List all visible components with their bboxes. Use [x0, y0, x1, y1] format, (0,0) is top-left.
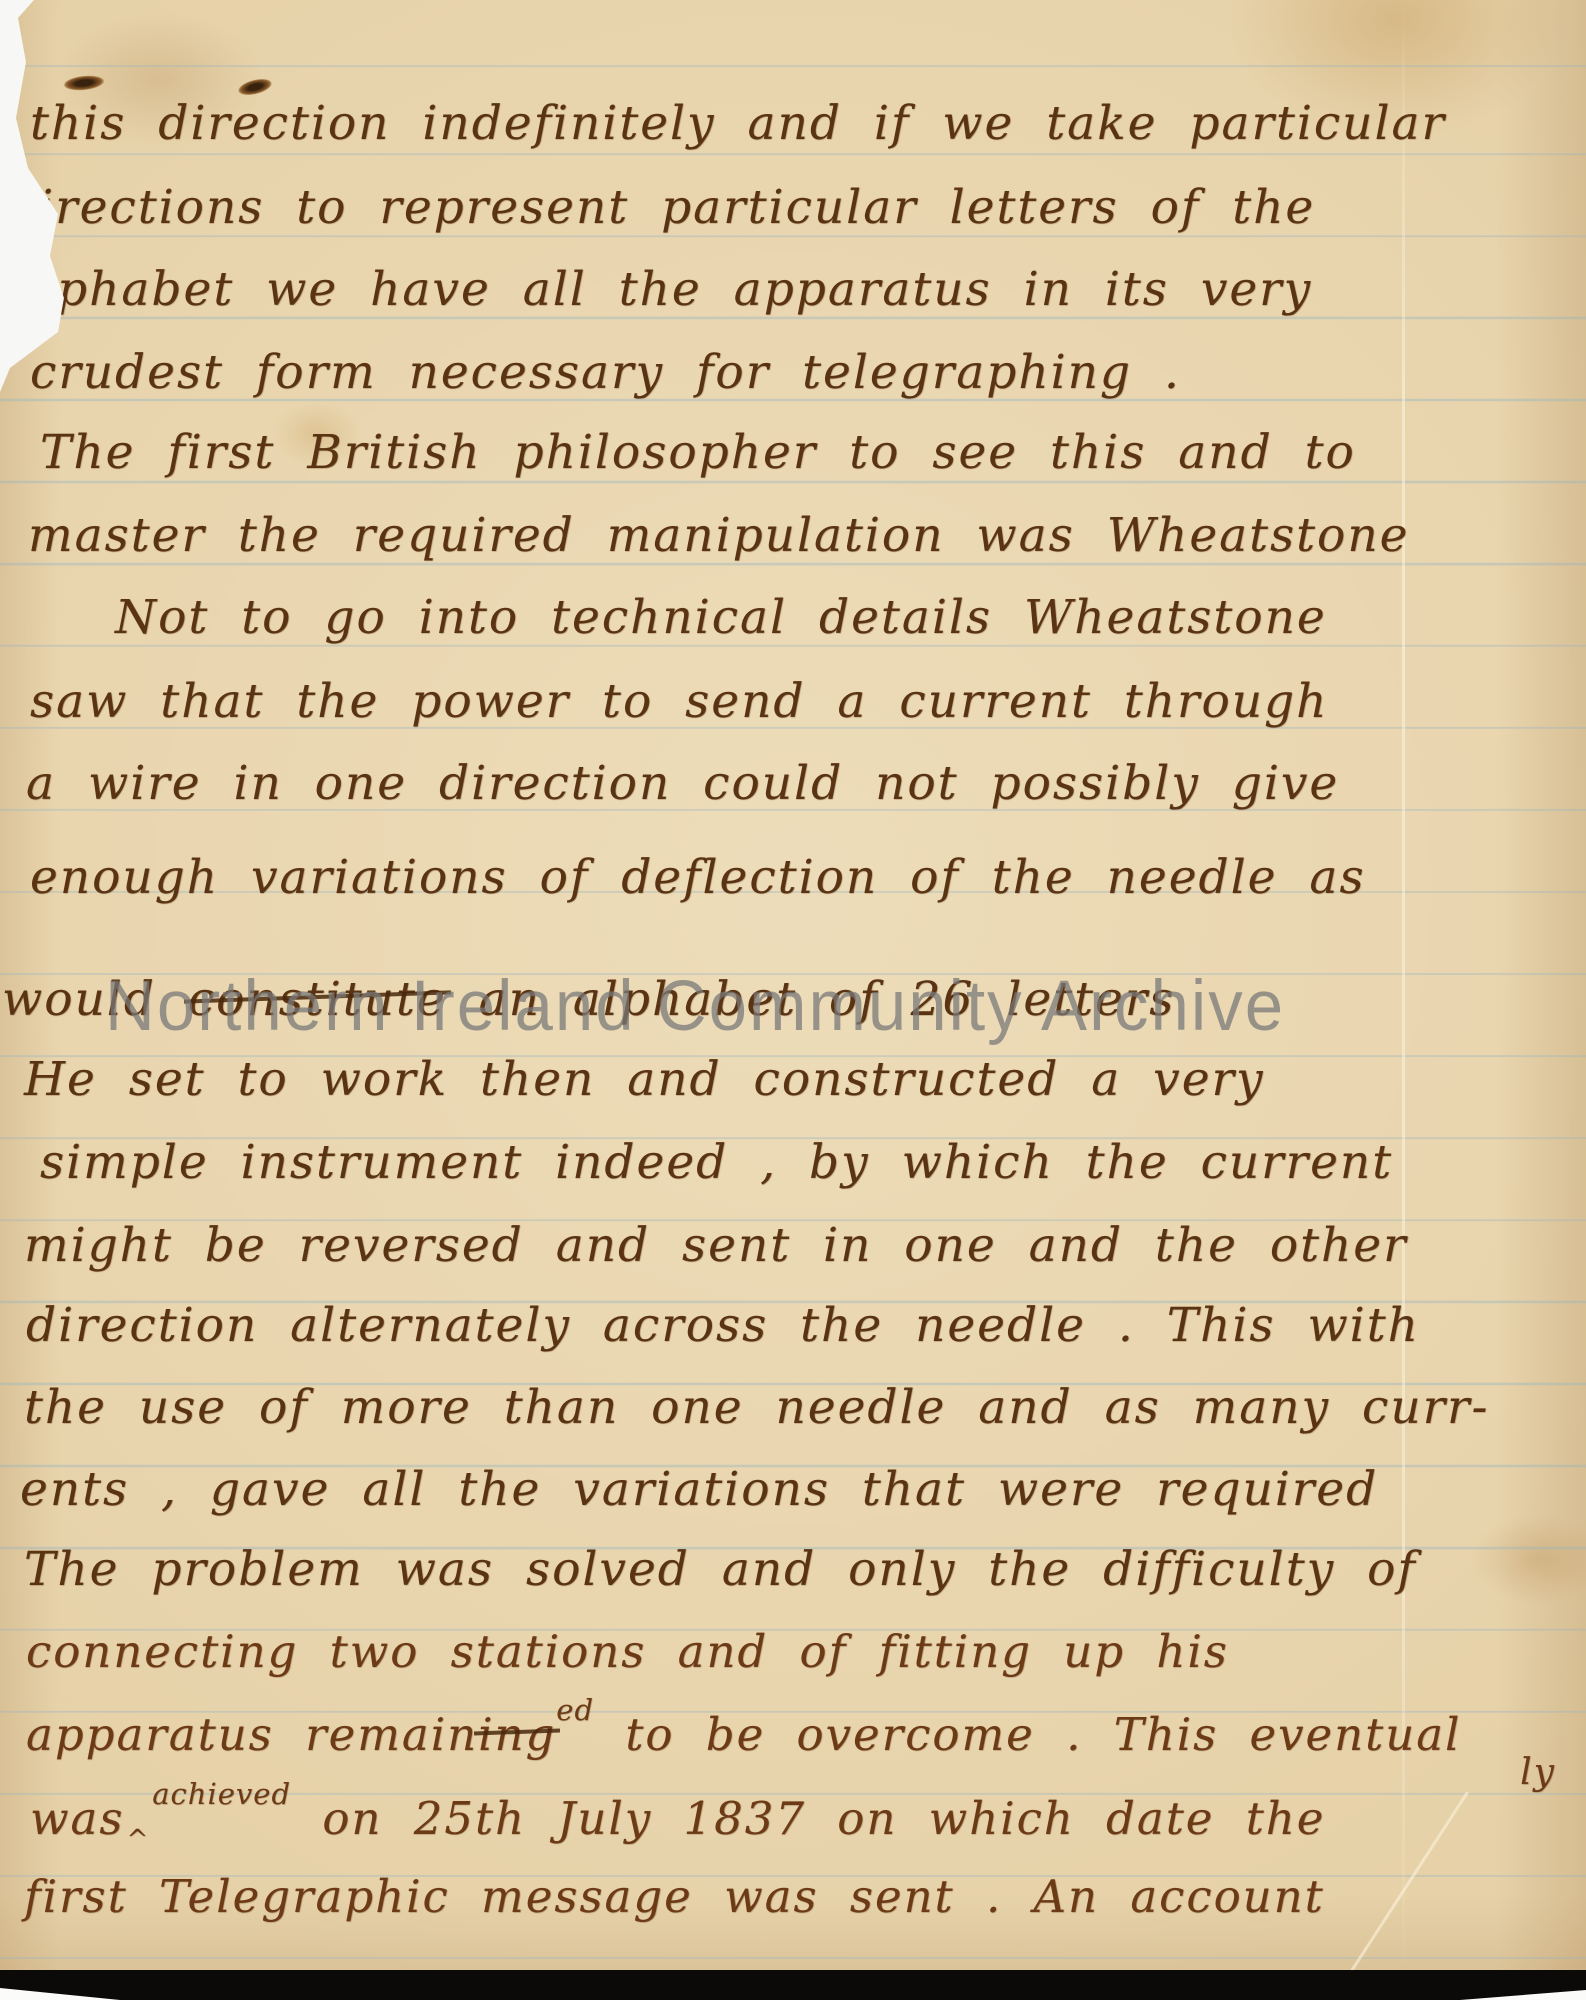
handwritten-line-correction: apparatus remaininged to be overcome . T… [26, 1708, 1461, 1761]
handwritten-line: this direction indefinitely and if we ta… [30, 96, 1446, 151]
inserted-word: achieved [152, 1777, 291, 1811]
line-text: apparatus remain [26, 1708, 478, 1761]
inserted-word: ed [556, 1693, 594, 1727]
line-text: was [30, 1792, 124, 1845]
paper-sheet: this direction indefinitely and if we ta… [0, 0, 1586, 1974]
handwritten-line: simple instrument indeed , by which the … [40, 1135, 1393, 1190]
handwritten-line: might be reversed and sent in one and th… [24, 1218, 1408, 1273]
handwritten-line: He set to work then and constructed a ve… [24, 1052, 1265, 1107]
handwritten-line: direction alternately across the needle … [26, 1298, 1420, 1353]
handwritten-line: The first British philosopher to see thi… [40, 425, 1356, 480]
scanned-letter-page: { "document": { "description": "Handwrit… [0, 0, 1586, 2000]
handwritten-line: ents , gave all the variations that were… [20, 1462, 1378, 1517]
archive-watermark: Northern Ireland Community Archive [105, 964, 1285, 1046]
handwritten-line: saw that the power to send a current thr… [30, 674, 1328, 729]
struck-word: ing [478, 1708, 556, 1761]
handwritten-line: Not to go into technical details Wheatst… [115, 590, 1327, 645]
handwritten-line: a wire in one direction could not possib… [26, 756, 1339, 811]
handwritten-line: crudest form necessary for telegraphing … [30, 345, 1181, 400]
line-text: on 25th July 1837 on which date the [291, 1792, 1325, 1845]
line-text: to be overcome . This eventual [594, 1708, 1461, 1761]
handwritten-line: the use of more than one needle and as m… [24, 1380, 1489, 1435]
handwritten-line-correction: was^achieved on 25th July 1837 on which … [30, 1792, 1556, 1845]
handwritten-line: alphabet we have all the apparatus in it… [10, 262, 1312, 317]
insertion-caret: ^ [126, 1825, 150, 1855]
handwritten-line: directions to represent particular lette… [6, 180, 1315, 235]
handwritten-line: master the required manipulation was Whe… [28, 508, 1409, 563]
superscript-word: ly [1520, 1752, 1556, 1793]
vertical-crease [1402, 0, 1405, 1974]
handwritten-line: connecting two stations and of fitting u… [26, 1625, 1229, 1678]
scan-bottom-edge [0, 1970, 1586, 2000]
handwritten-line: first Telegraphic message was sent . An … [24, 1870, 1325, 1923]
handwritten-line: The problem was solved and only the diff… [24, 1542, 1417, 1597]
handwritten-line: enough variations of deflection of the n… [30, 850, 1366, 905]
